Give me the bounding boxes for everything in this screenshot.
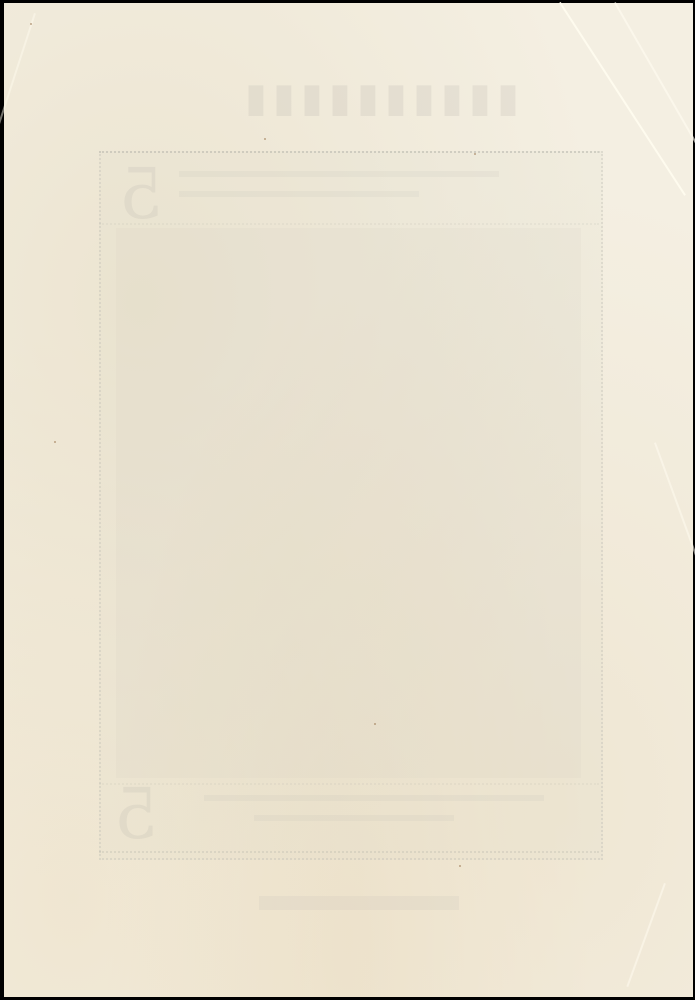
ghost-text-line [254, 815, 454, 821]
paper-sheet: ▮▮▮▮▮▮▮▮▮▮ 5 5 [4, 3, 693, 997]
ghost-artwork-area [116, 228, 581, 778]
ghost-perforation-mid [99, 783, 599, 789]
paper-speck [474, 153, 476, 155]
paper-speck [30, 23, 32, 25]
paper-crease [654, 442, 695, 593]
paper-speck [264, 138, 266, 140]
ghost-denomination-top: 5 [119, 153, 164, 235]
paper-speck [54, 441, 56, 443]
paper-crease [626, 883, 666, 987]
ghost-perforation-bottom [99, 851, 599, 857]
ghost-caption [259, 896, 459, 910]
ghost-title: ▮▮▮▮▮▮▮▮▮▮ [149, 75, 609, 119]
paper-speck [459, 865, 461, 867]
ghost-text-line [204, 795, 544, 801]
paper-speck [374, 723, 376, 725]
ghost-text-line [179, 171, 499, 177]
ghost-perforation-top [99, 151, 599, 157]
ghost-denomination-bottom: 5 [114, 773, 159, 855]
paper-crease [614, 2, 695, 168]
paper-crease [0, 13, 36, 147]
ghost-text-line [179, 191, 419, 197]
